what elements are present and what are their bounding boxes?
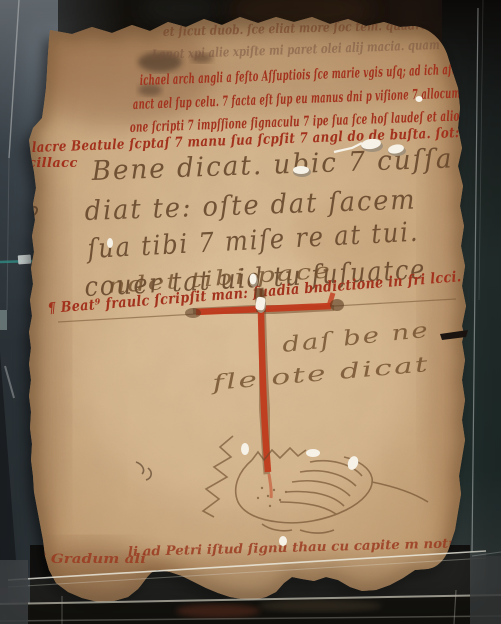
bottom-left-fragment: E Gradum ali: [33, 552, 146, 567]
crossbar-end-blot-left: [185, 308, 201, 318]
crossbar-end-blot-right: [330, 299, 344, 311]
parchment-surface: et ſicut duob. ſce eliat more ſoc tem. q…: [15, 0, 487, 620]
manuscript-photo: et ſicut duob. ſce eliat more ſoc tem. q…: [0, 0, 501, 624]
margin-word: cillacc: [28, 156, 78, 171]
scene: et ſicut duob. ſce eliat more ſoc tem. q…: [0, 0, 501, 624]
